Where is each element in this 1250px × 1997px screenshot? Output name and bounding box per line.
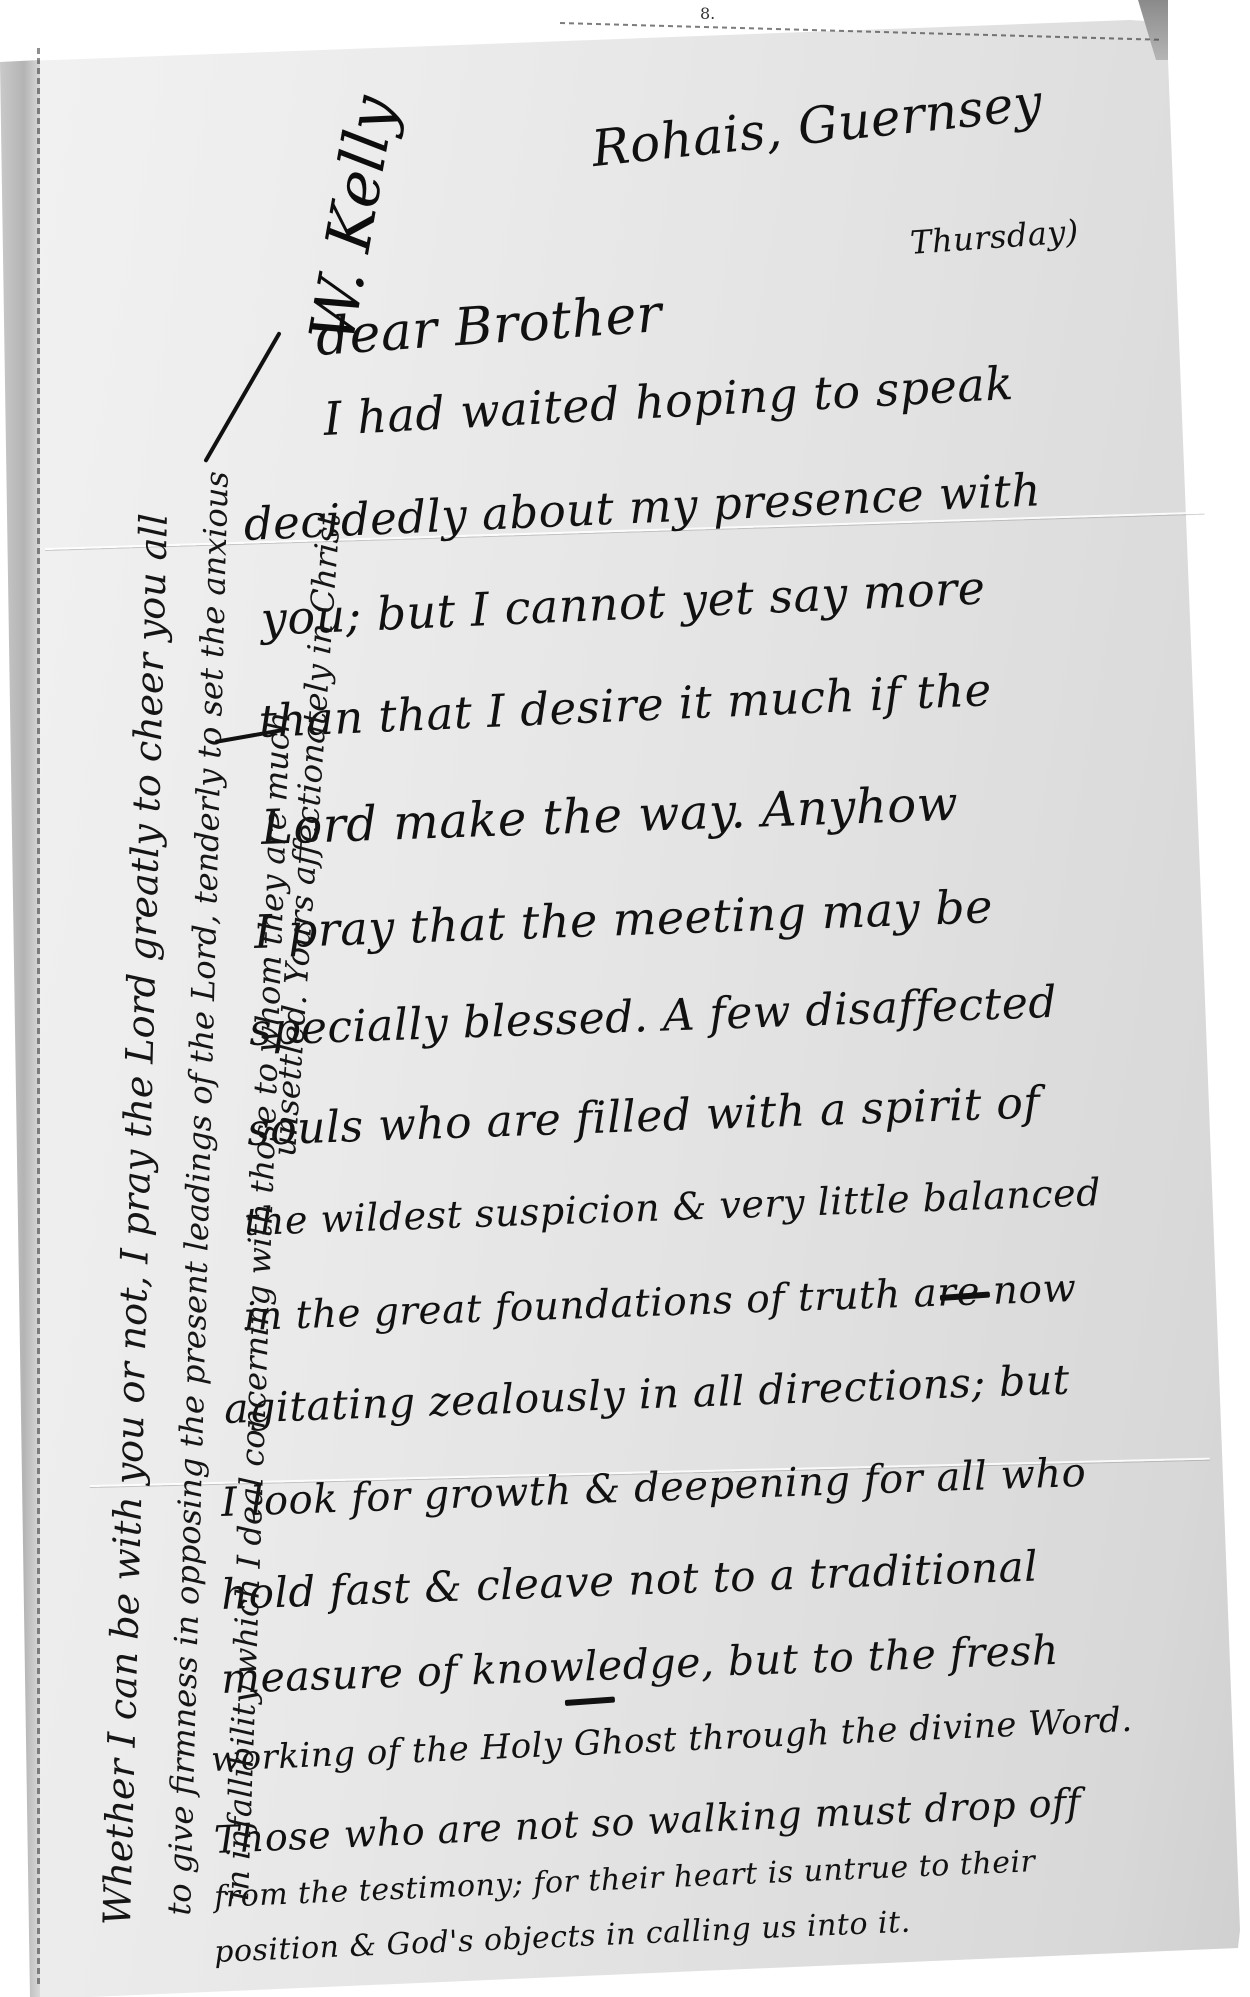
margin-rule: [37, 48, 40, 1988]
binding-edge: [0, 50, 40, 1997]
page-number: 8.: [700, 4, 715, 23]
